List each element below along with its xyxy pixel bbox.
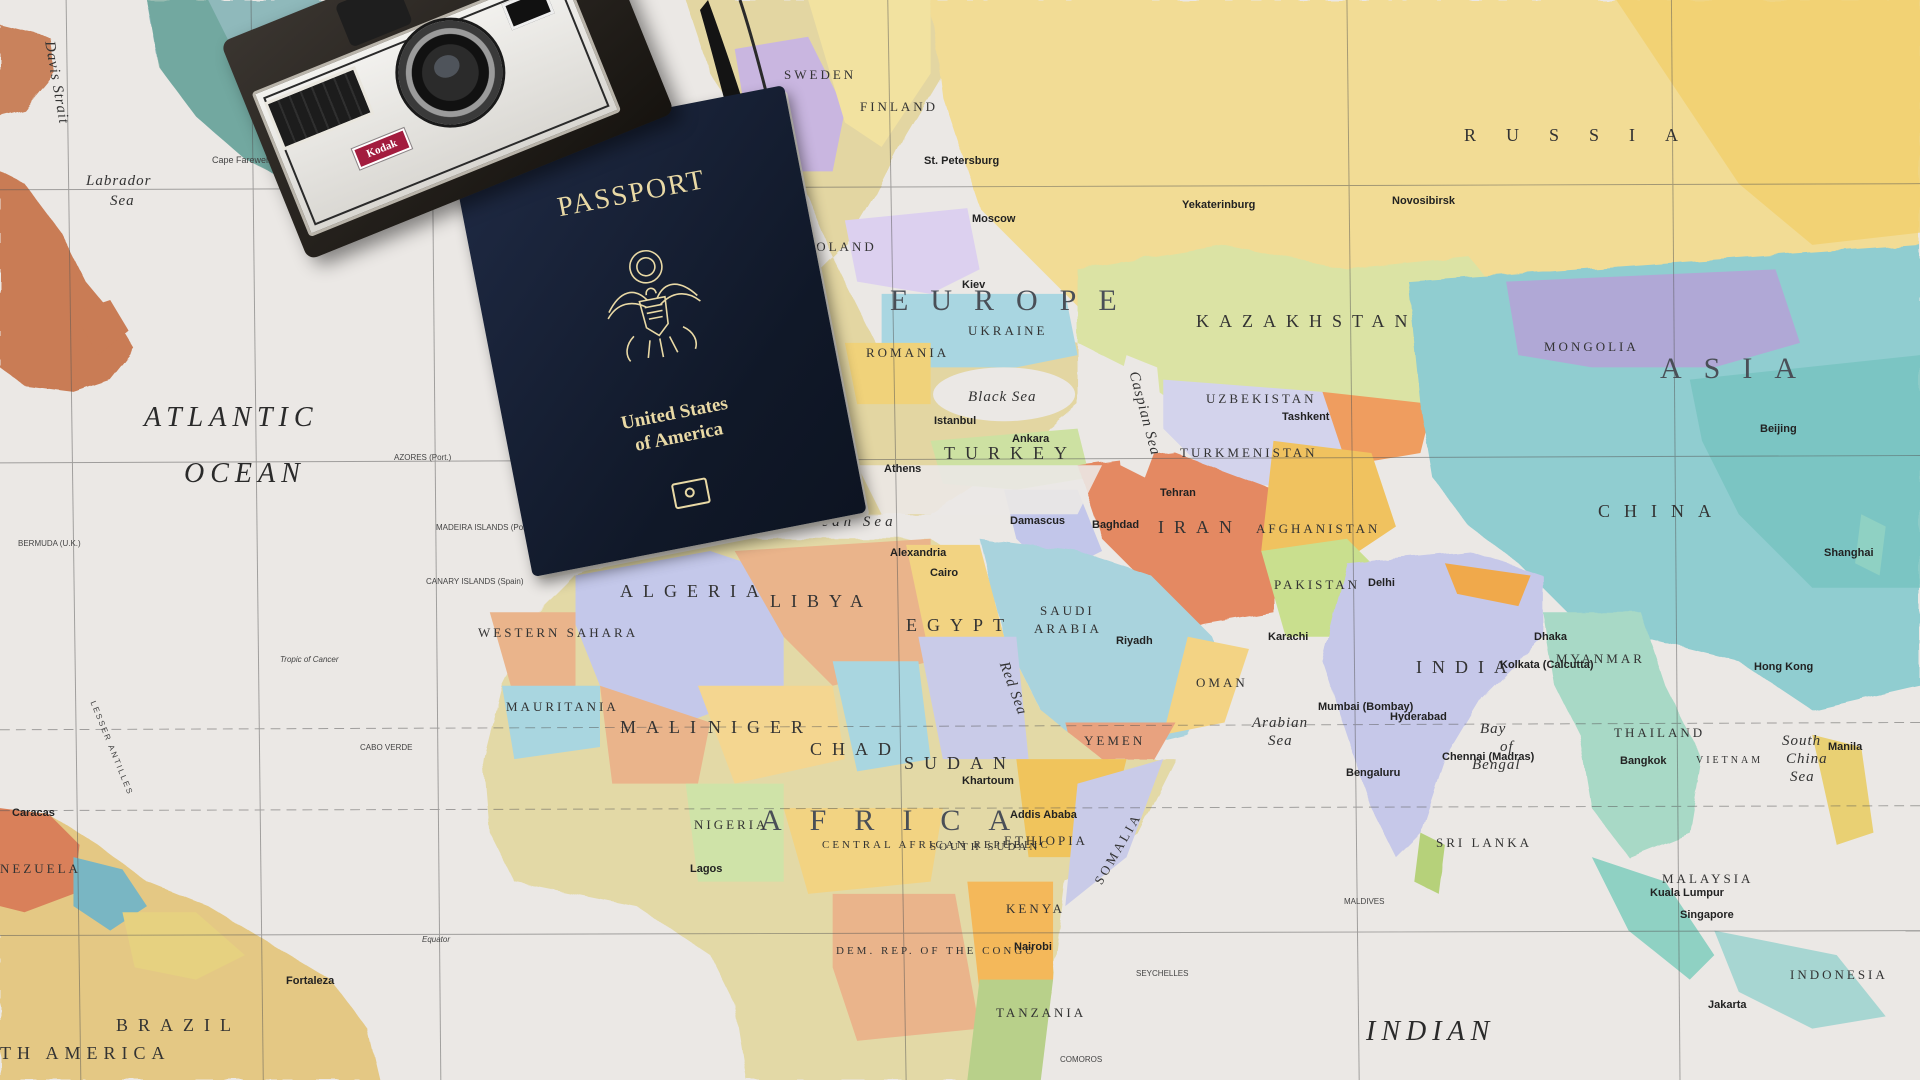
- pakistan-label: PAKISTAN: [1274, 578, 1360, 591]
- thailand-label: THAILAND: [1614, 726, 1705, 739]
- mali-label: MALI: [620, 718, 706, 736]
- azores-label: AZORES (Port.): [394, 454, 451, 462]
- city-tashkent: Tashkent: [1282, 412, 1329, 423]
- tanzania-label: TANZANIA: [996, 1006, 1086, 1019]
- city-caracas: Caracas: [12, 808, 55, 819]
- city-st-petersburg: St. Petersburg: [924, 156, 999, 167]
- nigeria-label: NIGERIA: [694, 818, 768, 831]
- canary-label: CANARY ISLANDS (Spain): [426, 578, 524, 586]
- south-china-sea-label-3: Sea: [1790, 770, 1815, 785]
- europe-label: EUROPE: [890, 286, 1139, 316]
- city-beijing: Beijing: [1760, 424, 1797, 435]
- city-manila: Manila: [1828, 742, 1862, 753]
- city-baghdad: Baghdad: [1092, 520, 1139, 531]
- city-alexandria: Alexandria: [890, 548, 946, 559]
- western-sahara-label: WESTERN SAHARA: [478, 626, 638, 639]
- city-lagos: Lagos: [690, 864, 722, 875]
- brazil-label: BRAZIL: [116, 1016, 241, 1034]
- city-damascus: Damascus: [1010, 516, 1065, 527]
- turkey-label: TURKEY: [944, 444, 1077, 462]
- iran-label: IRAN: [1158, 518, 1242, 536]
- city-addis-ababa: Addis Ababa: [1010, 810, 1077, 821]
- niger-label: NIGER: [708, 718, 813, 736]
- uzbekistan-label: UZBEKISTAN: [1206, 392, 1317, 405]
- mauritania-label: MAURITANIA: [506, 700, 619, 713]
- atlantic-ocean-label: ATLANTIC: [144, 404, 319, 432]
- south-america-label: TH AMERICA: [0, 1044, 171, 1062]
- bay-of-bengal-label: Bay: [1480, 722, 1506, 737]
- city-karachi: Karachi: [1268, 632, 1308, 643]
- city-cairo: Cairo: [930, 568, 958, 579]
- city-tehran: Tehran: [1160, 488, 1196, 499]
- turkmenistan-label: TURKMENISTAN: [1180, 446, 1318, 459]
- black-sea-label: Black Sea: [968, 390, 1037, 405]
- city-dhaka: Dhaka: [1534, 632, 1567, 643]
- afghanistan-label: AFGHANISTAN: [1256, 522, 1380, 535]
- south-china-sea-label: South: [1782, 734, 1821, 749]
- atlantic-ocean-label-2: OCEAN: [184, 460, 306, 488]
- cape-farewell-label: Cape Farewell: [212, 156, 270, 165]
- indonesia-label: INDONESIA: [1790, 968, 1888, 981]
- china-label: CHINA: [1598, 502, 1725, 520]
- kazakhstan-label: KAZAKHSTAN: [1196, 312, 1418, 330]
- asia-label: ASIA: [1660, 354, 1818, 384]
- city-hyderabad: Hyderabad: [1390, 712, 1447, 723]
- city-chennai: Chennai (Madras): [1442, 752, 1534, 763]
- africa-label: AFRICA: [760, 806, 1038, 836]
- city-yekaterinburg: Yekaterinburg: [1182, 200, 1255, 211]
- photo-scene: ATLANTIC OCEAN INDIAN Labrador Sea Davis…: [0, 0, 1920, 1080]
- saudi-label: SAUDI: [1040, 604, 1095, 617]
- ukraine-label: UKRAINE: [968, 324, 1048, 337]
- city-moscow: Moscow: [972, 214, 1015, 225]
- eagle-seal-icon: [588, 235, 718, 372]
- arabian-sea-label: Arabian: [1252, 716, 1308, 731]
- venezuela-label: NEZUELA: [0, 862, 81, 875]
- cabo-verde-label: CABO VERDE: [360, 744, 412, 752]
- city-shanghai: Shanghai: [1824, 548, 1874, 559]
- chad-label: CHAD: [810, 740, 901, 758]
- city-singapore: Singapore: [1680, 910, 1734, 921]
- yemen-label: YEMEN: [1084, 734, 1145, 747]
- oman-label: OMAN: [1196, 676, 1248, 689]
- labrador-sea-label-2: Sea: [110, 194, 135, 209]
- south-sudan-label: SOUTH SUDAN: [930, 842, 1040, 853]
- equator-label: Equator: [422, 936, 450, 944]
- madeira-label: MADEIRA ISLANDS (Port.): [436, 524, 533, 532]
- city-kuala-lumpur: Kuala Lumpur: [1650, 888, 1724, 899]
- biometric-chip-icon: [671, 477, 711, 509]
- city-jakarta: Jakarta: [1708, 1000, 1747, 1011]
- arabia-label: ARABIA: [1034, 622, 1102, 635]
- city-delhi: Delhi: [1368, 578, 1395, 589]
- mongolia-label: MONGOLIA: [1544, 340, 1639, 353]
- passport-country: United States of America: [505, 370, 848, 482]
- egypt-label: EGYPT: [906, 616, 1014, 634]
- city-hong-kong: Hong Kong: [1754, 662, 1813, 673]
- city-athens: Athens: [884, 464, 921, 475]
- city-bengaluru: Bengaluru: [1346, 768, 1400, 779]
- sudan-label: SUDAN: [904, 754, 1016, 772]
- city-kiev: Kiev: [962, 280, 985, 291]
- bermuda-label: BERMUDA (U.K.): [18, 540, 81, 548]
- kenya-label: KENYA: [1006, 902, 1065, 915]
- city-riyadh: Riyadh: [1116, 636, 1153, 647]
- city-fortaleza: Fortaleza: [286, 976, 334, 987]
- labrador-sea-label: Labrador: [86, 174, 152, 189]
- city-ankara: Ankara: [1012, 434, 1049, 445]
- city-kolkata: Kolkata (Calcutta): [1500, 660, 1594, 671]
- city-bangkok: Bangkok: [1620, 756, 1666, 767]
- city-istanbul: Istanbul: [934, 416, 976, 427]
- city-khartoum: Khartoum: [962, 776, 1014, 787]
- malaysia-label: MALAYSIA: [1662, 872, 1753, 885]
- algeria-label: ALGERIA: [620, 582, 769, 600]
- drc-label: DEM. REP. OF THE CONGO: [836, 946, 1036, 957]
- comoros-label: COMOROS: [1060, 1056, 1102, 1064]
- maldives-label: MALDIVES: [1344, 898, 1384, 906]
- city-novosibirsk: Novosibirsk: [1392, 196, 1455, 207]
- russia-label: RUSSIA: [1464, 126, 1708, 144]
- city-nairobi: Nairobi: [1014, 942, 1052, 953]
- tropic-of-cancer-label: Tropic of Cancer: [280, 656, 339, 664]
- seychelles-label: SEYCHELLES: [1136, 970, 1188, 978]
- arabian-sea-label-2: Sea: [1268, 734, 1293, 749]
- south-china-sea-label-2: China: [1786, 752, 1828, 767]
- vietnam-label: VIETNAM: [1696, 756, 1763, 766]
- sri-lanka-label: SRI LANKA: [1436, 836, 1532, 849]
- libya-label: LIBYA: [770, 592, 873, 610]
- indian-ocean-label: INDIAN: [1366, 1018, 1495, 1046]
